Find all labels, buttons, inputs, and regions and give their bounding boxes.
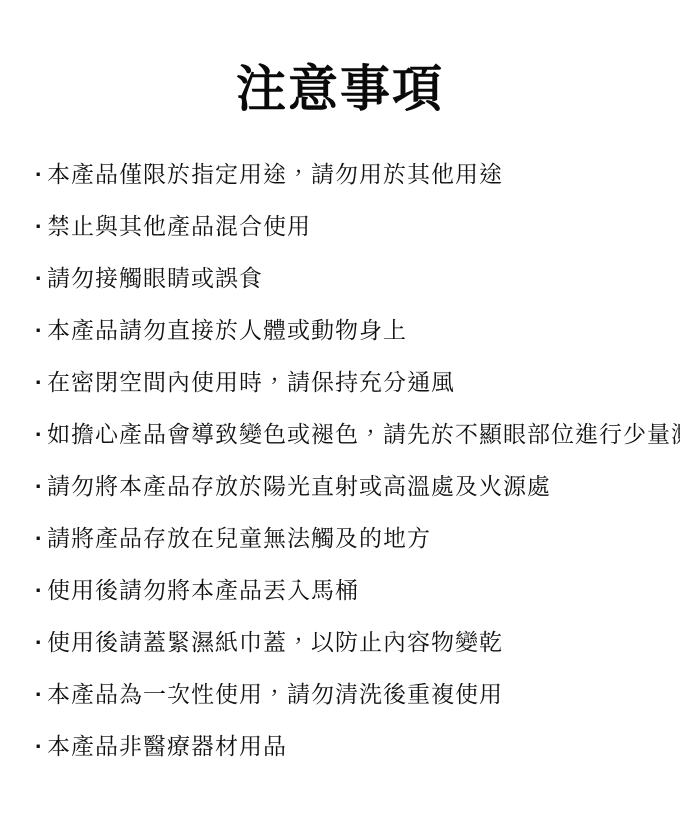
notice-item: · 在密閉空間內使用時，請保持充分通風 bbox=[35, 369, 660, 395]
bullet-dot-icon: · bbox=[35, 213, 47, 239]
notice-item: · 本產品僅限於指定用途，請勿用於其他用途 bbox=[35, 161, 660, 187]
notice-item-text: 請將產品存放在兒童無法觸及的地方 bbox=[47, 525, 431, 551]
bullet-dot-icon: · bbox=[35, 577, 47, 603]
notice-item: · 本產品非醫療器材用品 bbox=[35, 733, 660, 759]
bullet-dot-icon: · bbox=[35, 681, 47, 707]
bullet-dot-icon: · bbox=[35, 161, 47, 187]
notice-item: · 本產品請勿直接於人體或動物身上 bbox=[35, 317, 660, 343]
notice-item: · 如擔心產品會導致變色或褪色，請先於不顯眼部位進行少量測試 bbox=[35, 421, 660, 447]
notice-item-text: 本產品請勿直接於人體或動物身上 bbox=[47, 317, 407, 343]
bullet-dot-icon: · bbox=[35, 629, 47, 655]
notice-item-text: 使用後請勿將本產品丟入馬桶 bbox=[47, 577, 359, 603]
bullet-dot-icon: · bbox=[35, 369, 47, 395]
notice-list: · 本產品僅限於指定用途，請勿用於其他用途 · 禁止與其他產品混合使用 · 請勿… bbox=[35, 161, 660, 759]
bullet-dot-icon: · bbox=[35, 525, 47, 551]
notice-item-text: 如擔心產品會導致變色或褪色，請先於不顯眼部位進行少量測試 bbox=[47, 421, 680, 447]
notice-item: · 禁止與其他產品混合使用 bbox=[35, 213, 660, 239]
notice-item: · 請勿接觸眼睛或誤食 bbox=[35, 265, 660, 291]
bullet-dot-icon: · bbox=[35, 317, 47, 343]
notice-item: · 請將產品存放在兒童無法觸及的地方 bbox=[35, 525, 660, 551]
notice-item-text: 請勿將本產品存放於陽光直射或高溫處及火源處 bbox=[47, 473, 551, 499]
notice-item: · 請勿將本產品存放於陽光直射或高溫處及火源處 bbox=[35, 473, 660, 499]
notice-item-text: 本產品為一次性使用，請勿清洗後重複使用 bbox=[47, 681, 503, 707]
notice-item-text: 本產品非醫療器材用品 bbox=[47, 733, 287, 759]
bullet-dot-icon: · bbox=[35, 473, 47, 499]
notice-item-text: 禁止與其他產品混合使用 bbox=[47, 213, 311, 239]
notice-item: · 本產品為一次性使用，請勿清洗後重複使用 bbox=[35, 681, 660, 707]
notice-item-text: 在密閉空間內使用時，請保持充分通風 bbox=[47, 369, 455, 395]
bullet-dot-icon: · bbox=[35, 265, 47, 291]
notice-item: · 使用後請勿將本產品丟入馬桶 bbox=[35, 577, 660, 603]
bullet-dot-icon: · bbox=[35, 733, 47, 759]
bullet-dot-icon: · bbox=[35, 421, 47, 447]
notice-item-text: 本產品僅限於指定用途，請勿用於其他用途 bbox=[47, 161, 503, 187]
notice-item-text: 使用後請蓋緊濕紙巾蓋，以防止內容物變乾 bbox=[47, 629, 503, 655]
notice-item: · 使用後請蓋緊濕紙巾蓋，以防止內容物變乾 bbox=[35, 629, 660, 655]
notice-item-text: 請勿接觸眼睛或誤食 bbox=[47, 265, 263, 291]
page-title: 注意事項 bbox=[35, 62, 645, 117]
precautions-page: 注意事項 · 本產品僅限於指定用途，請勿用於其他用途 · 禁止與其他產品混合使用… bbox=[0, 0, 680, 826]
